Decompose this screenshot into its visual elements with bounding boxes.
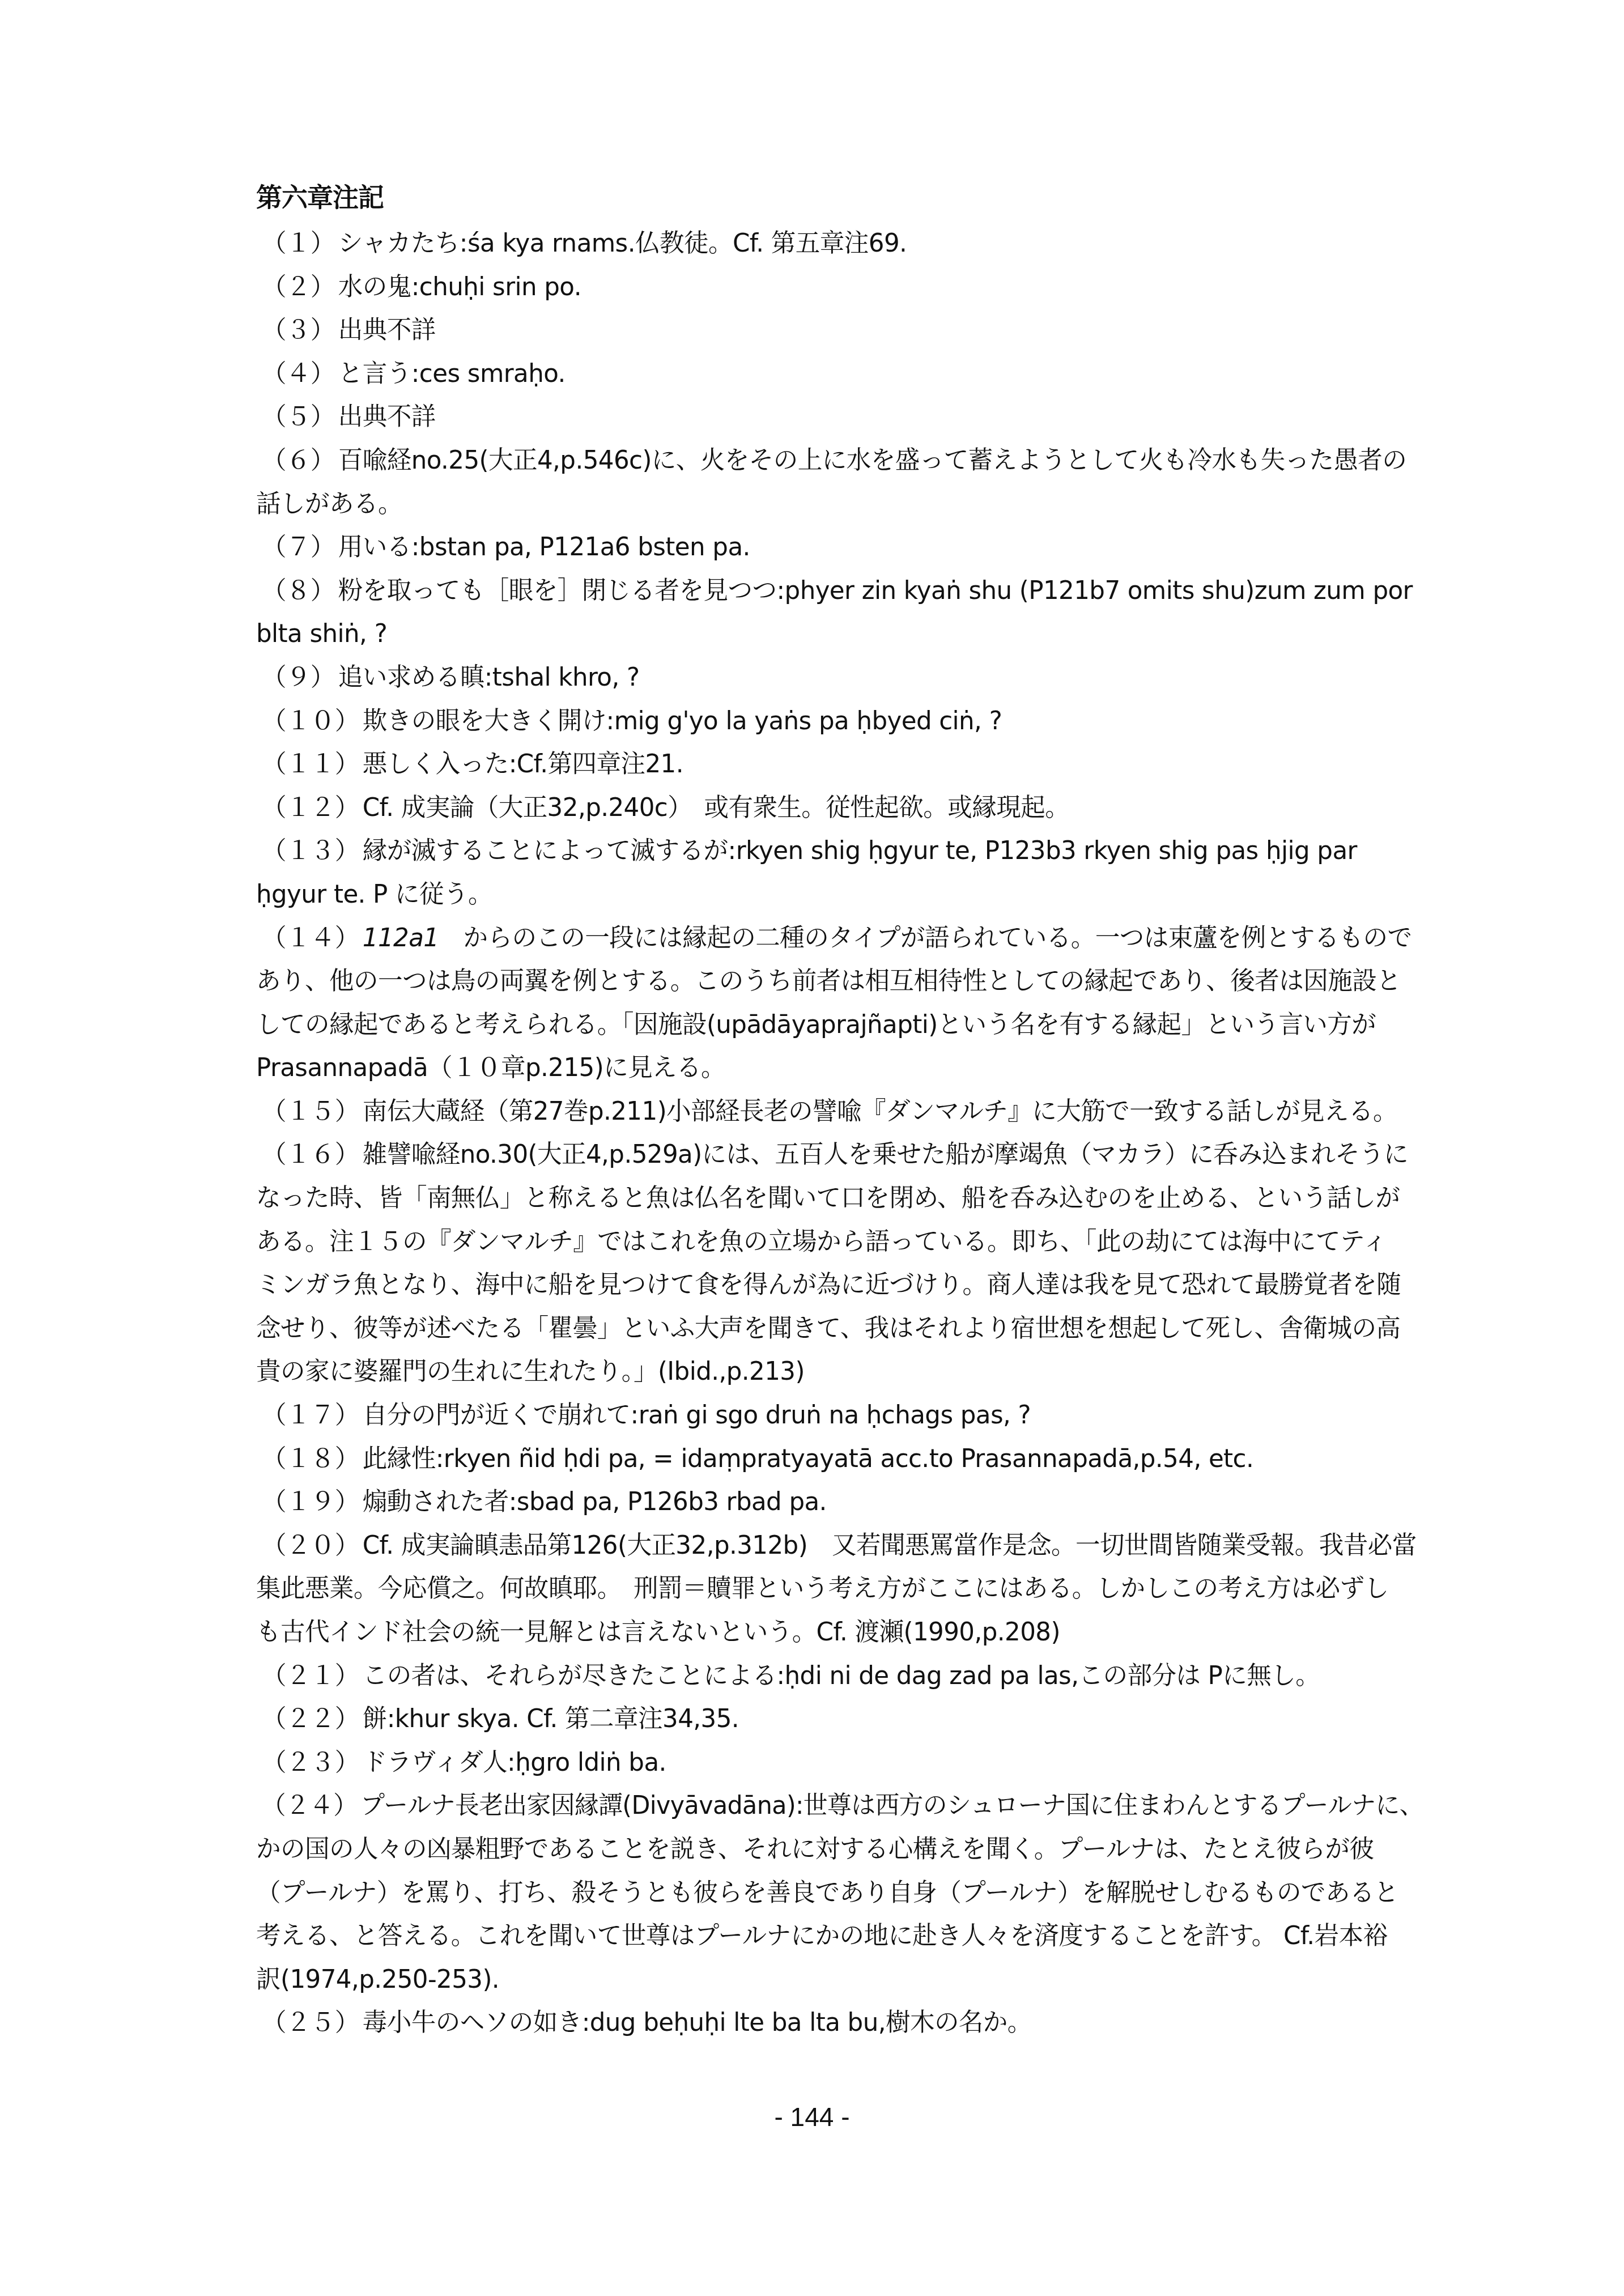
- endnote-line: （１４）112a1 からのこの一段には縁起の二種のタイプが語られている。一つは束…: [256, 917, 1423, 960]
- endnote-continuation-line: 念せり、彼等が述べたる「瞿曇」といふ大声を聞きて、我はそれより宿世想を想起して死…: [256, 1307, 1423, 1351]
- endnote-line: （２５）毒小牛のヘソの如き:dug beḥuḥi lte ba lta bu,樹…: [256, 2001, 1423, 2045]
- endnote-line: （３）出典不詳: [256, 309, 1423, 352]
- endnote-number: （１１）: [262, 743, 359, 786]
- endnote-line: （９）追い求める瞋:tshal khro, ?: [256, 656, 1423, 700]
- endnote-text: 出典不詳: [338, 402, 436, 431]
- endnote-continuation-line: も古代インド社会の統一見解とは言えないという。Cf. 渡瀬(1990,p.208…: [256, 1611, 1423, 1655]
- endnote-number: （５）: [262, 396, 335, 439]
- endnote-text: Prasannapadā（１０章p.215)に見える。: [256, 1053, 725, 1082]
- endnote-text: この者は、それらが尽きたことによる:ḥdi ni de dag zad pa l…: [363, 1661, 1320, 1690]
- endnote-text: 出典不詳: [338, 316, 436, 345]
- endnote-continuation-line: なった時、皆「南無仏」と称えると魚は仏名を聞いて口を閉め、船を呑み込むのを止める…: [256, 1177, 1423, 1221]
- endnote-line: （２３）ドラヴィダ人:ḥgro ldiṅ ba.: [256, 1741, 1423, 1785]
- endnote-continuation-line: ある。注１５の『ダンマルチ』ではこれを魚の立場から語っている。即ち、「此の劫にて…: [256, 1221, 1423, 1264]
- endnote-line: （１１）悪しく入った:Cf.第四章注21.: [256, 743, 1423, 786]
- endnote-line: （５）出典不詳: [256, 396, 1423, 439]
- endnote-text: 南伝大蔵経（第27巻p.211)小部経長老の譬喩『ダンマルチ』に大筋で一致する話…: [363, 1097, 1397, 1126]
- endnote-line: （２０）Cf. 成実論瞋恚品第126(大正32,p.312b) 又若聞悪罵當作是…: [256, 1524, 1423, 1568]
- endnote-text: 考える、と答える。これを聞いて世尊はプールナにかの地に赴き人々を済度することを許…: [256, 1921, 1388, 1950]
- endnote-text: 煽動された者:sbad pa, P126b3 rbad pa.: [363, 1487, 827, 1516]
- endnote-line: （４）と言う:ces smraḥo.: [256, 352, 1423, 396]
- endnotes-list: （１）シャカたち:śa kya rnams.仏教徒。Cf. 第五章注69.（２）…: [256, 222, 1435, 2045]
- endnote-number: （２３）: [262, 1741, 359, 1785]
- endnote-text: 雑譬喩経no.30(大正4,p.529a)には、五百人を乗せた船が摩竭魚（マカラ…: [363, 1140, 1408, 1169]
- endnote-number: （２２）: [262, 1698, 359, 1741]
- endnote-number: （１７）: [262, 1394, 359, 1438]
- endnote-number: （１８）: [262, 1438, 359, 1481]
- endnote-continuation-line: 考える、と答える。これを聞いて世尊はプールナにかの地に赴き人々を済度することを許…: [256, 1915, 1423, 1958]
- endnote-text: Cf. 成実論瞋恚品第126(大正32,p.312b) 又若聞悪罵當作是念。一切…: [363, 1531, 1417, 1560]
- endnote-text: 用いる:bstan pa, P121a6 bsten pa.: [338, 533, 750, 562]
- endnote-number: （１５）: [262, 1090, 359, 1134]
- endnote-text: ḥgyur te. P に従う。: [256, 880, 492, 909]
- endnote-continuation-line: あり、他の一つは鳥の両翼を例とする。このうち前者は相互相待性としての縁起であり、…: [256, 960, 1423, 1004]
- endnote-number: （１３）: [262, 830, 359, 873]
- endnote-number: （７）: [262, 526, 335, 569]
- endnote-text: プールナ長老出家因縁譚(Divyāvadāna):世尊は西方のシュローナ国に住ま…: [360, 1791, 1423, 1820]
- endnote-text: しての縁起であると考えられる。「因施設(upādāyaprajñapti)という…: [256, 1010, 1376, 1039]
- endnote-text: 追い求める瞋:tshal khro, ?: [338, 663, 640, 692]
- endnote-number: （２５）: [262, 2001, 359, 2045]
- endnote-line: （２４）プールナ長老出家因縁譚(Divyāvadāna):世尊は西方のシュローナ…: [256, 1784, 1402, 1828]
- endnote-number: （８）: [262, 569, 335, 613]
- endnote-number: （２１）: [262, 1655, 359, 1698]
- endnote-number: （１２）: [262, 786, 359, 830]
- document-page: 第六章注記 （１）シャカたち:śa kya rnams.仏教徒。Cf. 第五章注…: [0, 0, 1624, 2296]
- endnote-text: （プールナ）を罵り、打ち、殺そうとも彼らを善良であり自身（プールナ）を解脱せしむ…: [256, 1878, 1398, 1907]
- endnote-number: （４）: [262, 352, 335, 396]
- endnote-number: （１４）: [262, 917, 359, 960]
- endnote-number: （２）: [262, 266, 335, 309]
- endnote-text: 水の鬼:chuḥi srin po.: [338, 273, 581, 301]
- endnote-line: （１）シャカたち:śa kya rnams.仏教徒。Cf. 第五章注69.: [256, 222, 1423, 266]
- endnote-continuation-line: ḥgyur te. P に従う。: [256, 873, 1423, 917]
- endnote-continuation-line: blta shiṅ, ?: [256, 613, 1423, 656]
- endnote-text: 話しがある。: [256, 490, 402, 518]
- endnote-continuation-line: かの国の人々の凶暴粗野であることを説き、それに対する心構えを聞く。プールナは、た…: [256, 1828, 1423, 1872]
- endnote-continuation-line: 貴の家に婆羅門の生れに生れたり。」(Ibid.,p.213): [256, 1350, 1423, 1394]
- endnote-text: 欺きの眼を大きく開け:mig g'yo la yaṅs pa ḥbyed ciṅ…: [363, 707, 1002, 735]
- endnote-number: （２４）: [262, 1784, 358, 1828]
- endnote-continuation-line: 集此悪業。今応償之。何故瞋耶。 刑罰＝贖罪という考え方がここにはある。しかしこの…: [256, 1567, 1423, 1611]
- endnote-continuation-line: （プールナ）を罵り、打ち、殺そうとも彼らを善良であり自身（プールナ）を解脱せしむ…: [256, 1872, 1423, 1915]
- endnote-text: 毒小牛のヘソの如き:dug beḥuḥi lte ba lta bu,樹木の名か…: [363, 2008, 1032, 2037]
- endnote-text: かの国の人々の凶暴粗野であることを説き、それに対する心構えを聞く。プールナは、た…: [256, 1835, 1374, 1864]
- endnote-text: 訳(1974,p.250-253).: [256, 1965, 499, 1994]
- endnote-text: 集此悪業。今応償之。何故瞋耶。 刑罰＝贖罪という考え方がここにはある。しかしこの…: [256, 1574, 1388, 1603]
- endnote-line: （１２）Cf. 成実論（大正32,p.240c） 或有衆生。従性起欲。或縁現起。: [256, 786, 1423, 830]
- endnote-line: （１９）煽動された者:sbad pa, P126b3 rbad pa.: [256, 1481, 1423, 1524]
- endnote-text: なった時、皆「南無仏」と称えると魚は仏名を聞いて口を閉め、船を呑み込むのを止める…: [256, 1184, 1400, 1213]
- chapter-notes-heading: 第六章注記: [256, 180, 384, 214]
- endnote-text: あり、他の一つは鳥の両翼を例とする。このうち前者は相互相待性としての縁起であり、…: [256, 967, 1401, 996]
- endnote-text: blta shiṅ, ?: [256, 619, 387, 648]
- endnote-number: （１９）: [262, 1481, 359, 1524]
- endnote-line: （６）百喩経no.25(大正4,p.546c)に、火をその上に水を盛って蓄えよう…: [256, 439, 1423, 483]
- endnote-number: （３）: [262, 309, 335, 352]
- endnote-text: からのこの一段には縁起の二種のタイプが語られている。一つは束蘆を例とするもので: [439, 924, 1412, 953]
- endnote-line: （１３）縁が滅することによって滅するが:rkyen shig ḥgyur te,…: [256, 830, 1423, 873]
- endnote-continuation-line: 話しがある。: [256, 483, 1423, 526]
- endnote-line: （１８）此縁性:rkyen ñid ḥdi pa, = idaṃpratyaya…: [256, 1438, 1423, 1481]
- endnote-line: （８）粉を取っても［眼を］閉じる者を見つつ:phyer zin kyaṅ shu…: [256, 569, 1423, 613]
- endnote-text: 餅:khur skya. Cf. 第二章注34,35.: [363, 1704, 739, 1733]
- endnote-text: 念せり、彼等が述べたる「瞿曇」といふ大声を聞きて、我はそれより宿世想を想起して死…: [256, 1314, 1400, 1343]
- endnote-text: ある。注１５の『ダンマルチ』ではこれを魚の立場から語っている。即ち、「此の劫にて…: [256, 1227, 1387, 1256]
- endnote-continuation-line: Prasannapadā（１０章p.215)に見える。: [256, 1047, 1423, 1090]
- endnote-text: シャカたち:śa kya rnams.仏教徒。Cf. 第五章注69.: [338, 229, 907, 258]
- endnote-text: 粉を取っても［眼を］閉じる者を見つつ:phyer zin kyaṅ shu (P…: [338, 576, 1413, 605]
- page-number: - 144 -: [0, 2100, 1624, 2134]
- endnote-number: （２０）: [262, 1524, 359, 1568]
- endnote-line: （１５）南伝大蔵経（第27巻p.211)小部経長老の譬喩『ダンマルチ』に大筋で一…: [256, 1090, 1423, 1134]
- endnote-text: 悪しく入った:Cf.第四章注21.: [363, 750, 683, 779]
- endnote-text: ミンガラ魚となり、海中に船を見つけて食を得んが為に近づけり。商人達は我を見て恐れ…: [256, 1270, 1401, 1299]
- endnote-text: 縁が滅することによって滅するが:rkyen shig ḥgyur te, P12…: [363, 836, 1357, 865]
- endnote-number: （１）: [262, 222, 335, 266]
- endnote-line: （１７）自分の門が近くで崩れて:raṅ gi sgo druṅ na ḥchag…: [256, 1394, 1423, 1438]
- endnote-text: も古代インド社会の統一見解とは言えないという。Cf. 渡瀬(1990,p.208…: [256, 1618, 1060, 1647]
- endnote-line: （１６）雑譬喩経no.30(大正4,p.529a)には、五百人を乗せた船が摩竭魚…: [256, 1133, 1423, 1177]
- endnote-number: （１０）: [262, 700, 359, 743]
- endnote-text: と言う:ces smraḥo.: [338, 359, 566, 388]
- endnote-continuation-line: しての縁起であると考えられる。「因施設(upādāyaprajñapti)という…: [256, 1004, 1423, 1047]
- endnote-line: （２２）餅:khur skya. Cf. 第二章注34,35.: [256, 1698, 1423, 1741]
- endnote-text: 貴の家に婆羅門の生れに生れたり。」(Ibid.,p.213): [256, 1357, 805, 1386]
- endnote-number: （６）: [262, 439, 335, 483]
- endnote-line: （２）水の鬼:chuḥi srin po.: [256, 266, 1423, 309]
- endnote-line: （２１）この者は、それらが尽きたことによる:ḥdi ni de dag zad …: [256, 1655, 1423, 1698]
- folio-reference: 112a1: [363, 924, 439, 953]
- endnote-text: 此縁性:rkyen ñid ḥdi pa, = idaṃpratyayatā a…: [363, 1444, 1253, 1473]
- endnote-line: （７）用いる:bstan pa, P121a6 bsten pa.: [256, 526, 1423, 569]
- endnote-text: 百喩経no.25(大正4,p.546c)に、火をその上に水を盛って蓄えようとして…: [338, 446, 1407, 475]
- endnote-text: 自分の門が近くで崩れて:raṅ gi sgo druṅ na ḥchags pa…: [363, 1401, 1031, 1430]
- endnote-number: （１６）: [262, 1133, 359, 1177]
- endnote-number: （９）: [262, 656, 335, 700]
- endnote-line: （１０）欺きの眼を大きく開け:mig g'yo la yaṅs pa ḥbyed…: [256, 700, 1423, 743]
- endnote-continuation-line: 訳(1974,p.250-253).: [256, 1958, 1423, 2002]
- endnote-text: ドラヴィダ人:ḥgro ldiṅ ba.: [363, 1748, 666, 1777]
- endnote-text: Cf. 成実論（大正32,p.240c） 或有衆生。従性起欲。或縁現起。: [363, 793, 1069, 822]
- endnote-continuation-line: ミンガラ魚となり、海中に船を見つけて食を得んが為に近づけり。商人達は我を見て恐れ…: [256, 1264, 1423, 1307]
